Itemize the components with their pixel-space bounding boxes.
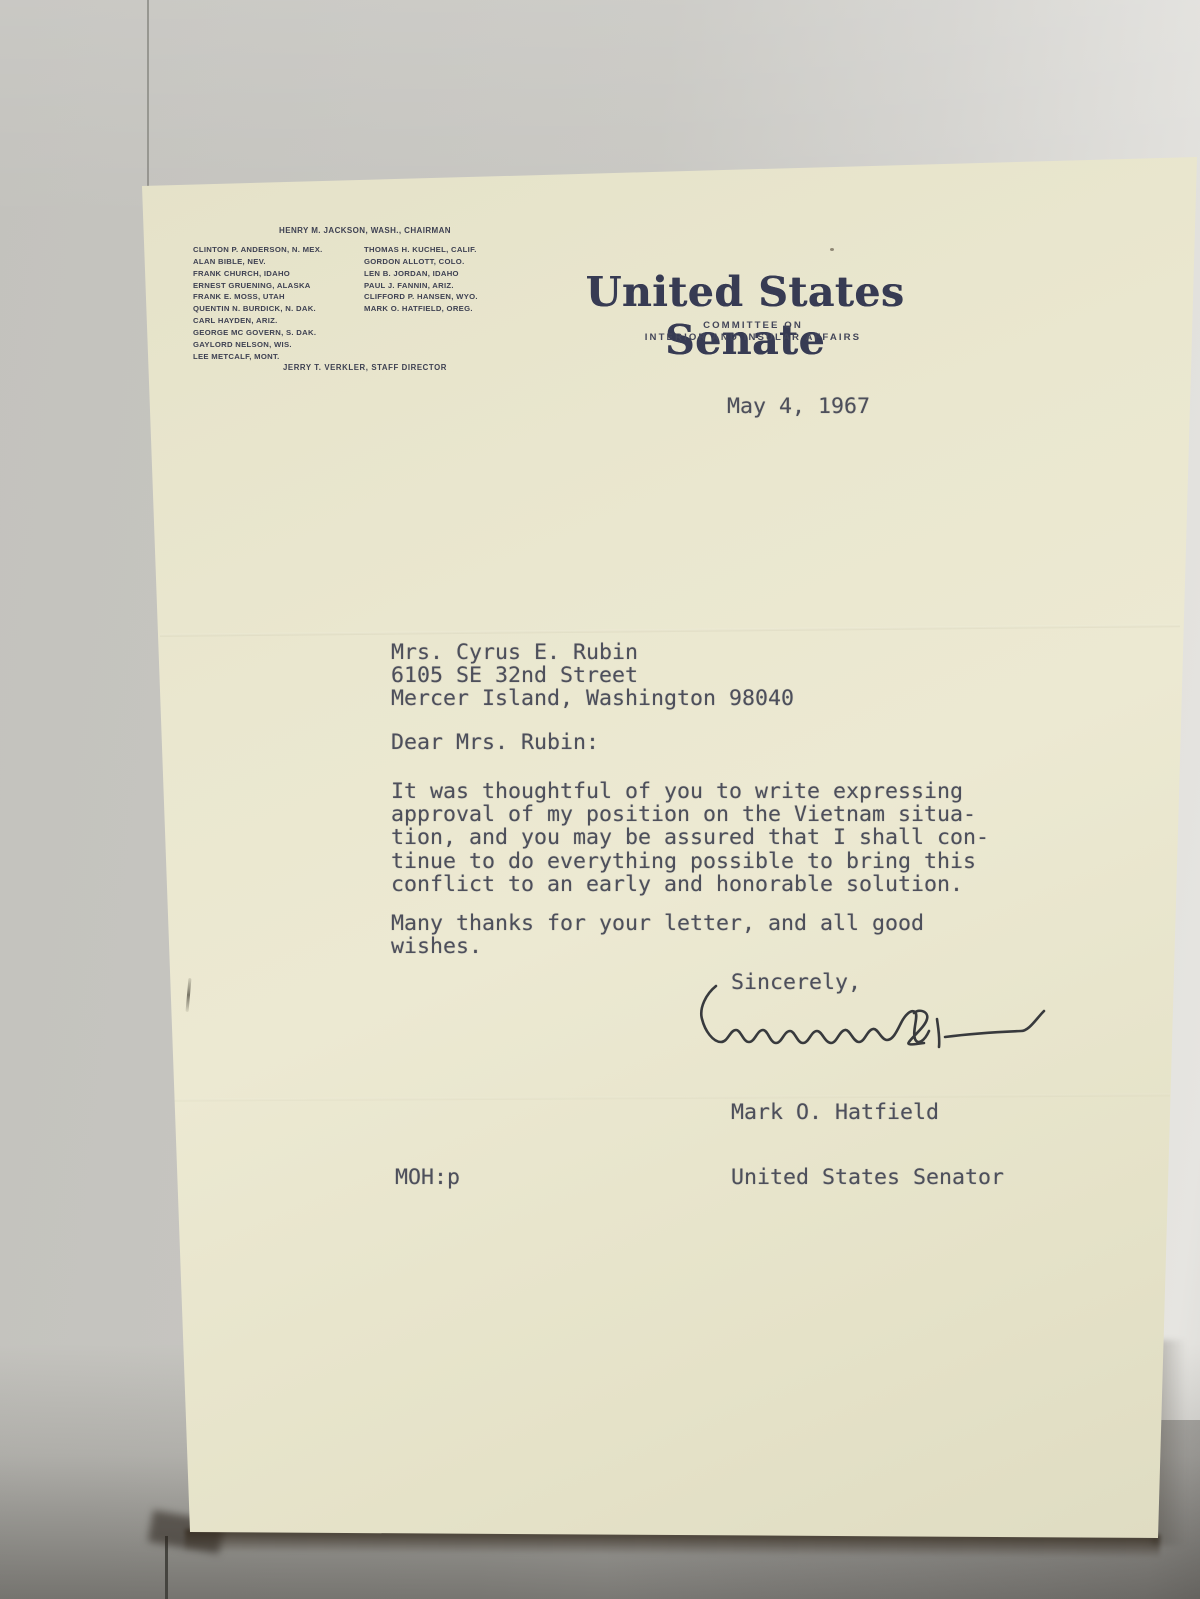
- letterhead-staff-director-line: JERRY T. VERKLER, STAFF DIRECTOR: [170, 363, 560, 372]
- letterhead-member-roster-left: CLINTON P. ANDERSON, N. MEX. ALAN BIBLE,…: [193, 244, 323, 362]
- letterhead-member-roster-right: THOMAS H. KUCHEL, CALIF. GORDON ALLOTT, …: [364, 244, 478, 315]
- body-paragraph-1: It was thoughtful of you to write expres…: [391, 780, 989, 896]
- paper-scratch-mark: [186, 978, 192, 1012]
- committee-name-lines: COMMITTEE ON INTERIOR AND INSULAR AFFAIR…: [553, 320, 953, 345]
- photo-of-letter: HENRY M. JACKSON, WASH., CHAIRMAN CLINTO…: [0, 0, 1200, 1599]
- typist-reference-line: MOH:p: [395, 1166, 460, 1189]
- paper-speck: [830, 248, 834, 251]
- sender-name-block: Mark O. Hatfield United States Senator: [731, 1059, 1004, 1231]
- recipient-address-block: Mrs. Cyrus E. Rubin 6105 SE 32nd Street …: [391, 641, 794, 711]
- signature-autograph: [680, 972, 1065, 1060]
- date-line: May 4, 1967: [727, 395, 870, 418]
- wall-seam-line-top: [147, 0, 149, 188]
- paper-fold-crease-bottom: [172, 1093, 1170, 1101]
- salutation-line: Dear Mrs. Rubin:: [391, 731, 599, 754]
- wall-seam-line-bottom: [165, 1536, 168, 1599]
- sender-title-line: United States Senator: [731, 1167, 1004, 1189]
- senate-wordmark: United States Senate: [545, 268, 945, 364]
- body-paragraph-2: Many thanks for your letter, and all goo…: [391, 912, 924, 958]
- letterhead-chairman-line: HENRY M. JACKSON, WASH., CHAIRMAN: [170, 226, 560, 235]
- sender-name-line: Mark O. Hatfield: [731, 1102, 1004, 1124]
- paper-fold-crease-top: [160, 624, 1180, 637]
